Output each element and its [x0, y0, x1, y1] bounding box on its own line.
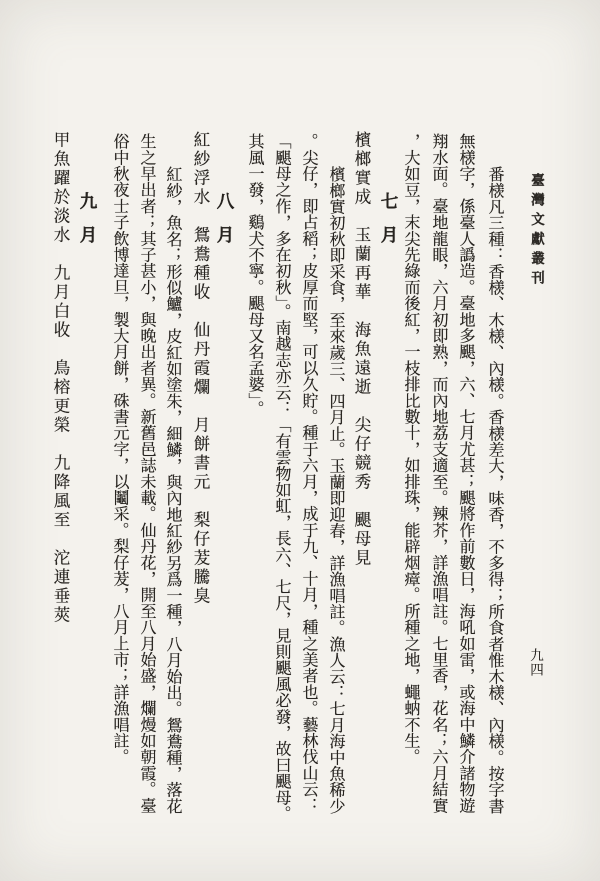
- text-column-7-paragraph-start: 檳榔實初秋即采食，至來歲三、四月止。玉蘭即迎春，詳漁唱註。漁人云：七月海中魚稀少: [323, 166, 349, 814]
- text-column-3-paragraph: 翔水面。臺地龍眼，六月初即熟，而內地荔支適至。辣芥，詳漁唱註。七里香，花名；六月…: [426, 133, 452, 813]
- text-column-2-paragraph: 無檨字，係臺人譌造。臺地多颶，六、七月尤甚；颶將作前數日，海吼如雷，或海中鱗介諸…: [453, 133, 479, 813]
- text-column-8-paragraph: 。尖仔，即占稻；皮厚而堅，可以久貯。種于六月，成于九、十月，種之美者也。藝林伐山…: [296, 133, 322, 813]
- text-column-17-entry-heading: 甲魚躍於淡水 九月白收 鳥榕更榮 九降風至 沱連垂莢: [47, 131, 73, 625]
- text-column-4-paragraph: ，大如豆，末尖先綠而後紅，一枝排比數十，如排珠，能辟烟瘴。所種之地，蠅蚋不生。: [398, 133, 424, 765]
- scanned-book-page: 臺灣文獻叢刊 九四 番檨凡三種：香檨、木檨、內檨。香檨差大，味香，不多得；所食者…: [0, 0, 600, 881]
- text-column-5-month-heading: 七月: [373, 192, 401, 259]
- text-column-10-paragraph: 其風一發，鷄犬不寧。颶母又名孟婆」。: [242, 133, 268, 417]
- text-column-1-paragraph-start: 番檨凡三種：香檨、木檨、內檨。香檨差大，味香，不多得；所食者惟木檨、內檨。按字書: [482, 166, 508, 814]
- series-title: 臺灣文獻叢刊: [518, 173, 546, 290]
- text-column-14-paragraph: 生之早出者；其子甚小，與晚出者異。新舊邑誌未載。仙丹花，開至八月始盛，爛熳如朝霞…: [134, 133, 160, 813]
- text-column-9-paragraph: 「颶母之作，多在初秋」。南越志亦云：「有雲物如虹，長六、七尺，見則颶風必發，故曰…: [269, 133, 295, 822]
- text-column-16-month-heading: 九月: [72, 192, 100, 259]
- page-number: 九四: [521, 648, 545, 677]
- text-column-15-paragraph: 俗中秋夜士子飲博達旦，製大月餅，硃書元字，以鬮采。梨仔茇，八月上市；詳漁唱註。: [107, 133, 133, 765]
- text-column-6-entry-heading: 檳榔實成 玉蘭再華 海魚遠逝 尖仔競秀 颶母見: [348, 131, 374, 568]
- text-column-12-entry-heading: 紅紗浮水 鴛鴦種收 仙丹霞爛 月餅書元 梨仔茇騰臭: [187, 131, 213, 606]
- text-column-11-month-heading: 八月: [209, 192, 237, 259]
- text-column-13-paragraph-start: 紅紗，魚名；形似鱸，皮紅如塗朱，細鱗，與內地紅紗另爲一種，八月始出。鴛鴦種，落花: [160, 166, 186, 814]
